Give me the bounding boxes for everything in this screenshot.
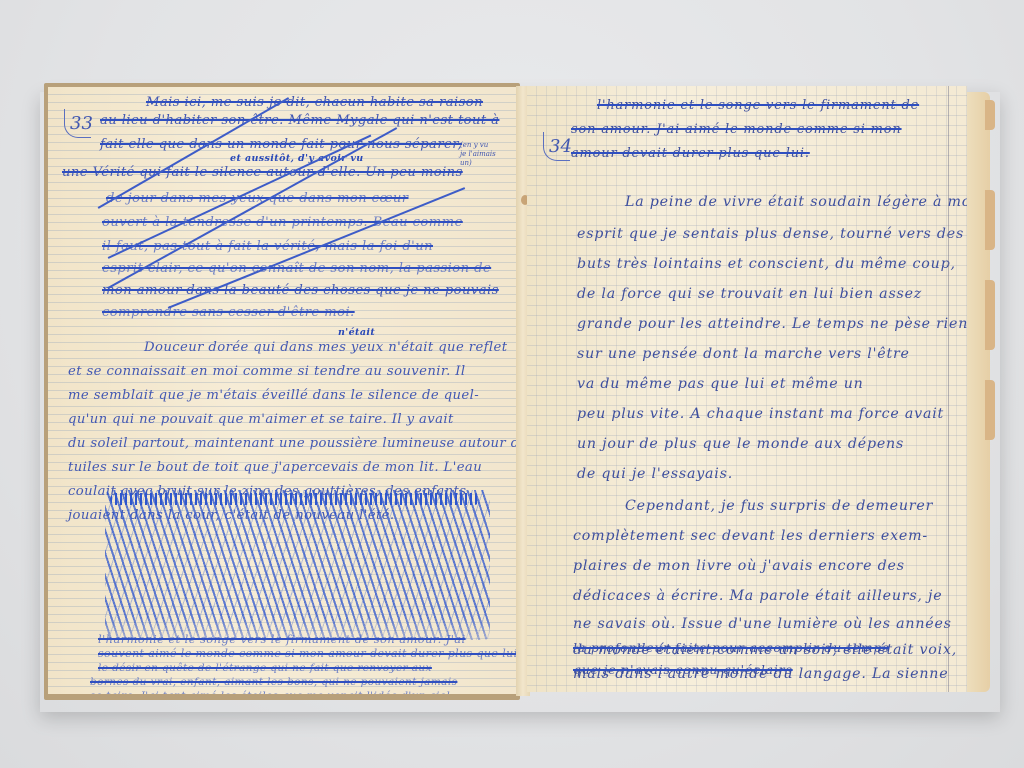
text-line: grande pour les atteindre. Le temps ne p… xyxy=(577,316,967,332)
crossed-line: comprendre sans cesser d'être moi. xyxy=(102,305,355,320)
text-line: de la force qui se trouvait en lui bien … xyxy=(577,286,922,302)
text-line: sur une pensée dont la marche vers l'êtr… xyxy=(577,346,910,362)
text-line: plaires de mon livre où j'avais encore d… xyxy=(573,558,905,574)
text-line: Douceur dorée qui dans mes yeux n'était … xyxy=(144,340,507,355)
crossed-line: mon amour dans la beauté des choses que … xyxy=(102,283,499,298)
crossed-line: Mais ici, me suis-je dit, chacun habite … xyxy=(146,95,483,110)
crossed-line: que je n'avais connu qu'éclairs xyxy=(573,662,793,677)
crossed-line: esprit clair, ce qu'on connaît de son no… xyxy=(102,261,491,276)
crossed-line: se taire. J'ai tant aimé les étoiles que… xyxy=(90,690,450,694)
crossed-line: souvent aimé le monde comme si mon amour… xyxy=(98,647,518,660)
crossed-line: amour devait durer plus que lui. xyxy=(571,146,810,161)
text-line: un jour de plus que le monde aux dépens xyxy=(577,436,904,452)
text-line: tuiles sur le bout de toit que j'apercev… xyxy=(68,460,482,475)
right-page: 34 l'harmonie et le songe vers le firmam… xyxy=(527,86,967,692)
text-line: me semblait que je m'étais éveillé dans … xyxy=(68,388,479,403)
crossed-line: la profondeur faite pour accomplir du te… xyxy=(573,640,889,655)
worn-edge xyxy=(985,100,995,130)
text-line: peu plus vite. A chaque instant ma force… xyxy=(577,406,944,422)
text-line: esprit que je sentais plus dense, tourné… xyxy=(577,226,964,242)
page-number-left: 33 xyxy=(70,113,93,134)
text-line: du soleil partout, maintenant une poussi… xyxy=(68,436,518,451)
text-line: La peine de vivre était soudain légère à… xyxy=(625,194,967,210)
insertion: et aussitôt, d'y avoir vu xyxy=(230,153,364,164)
crossed-line: bornes du vrai, enfant, aimant les bons,… xyxy=(90,676,457,688)
insertion: n'était xyxy=(338,327,375,338)
crossed-line: ouvert à la tendresse d'un printemps. Be… xyxy=(102,215,463,230)
scribbled-out-line xyxy=(110,493,480,505)
crossed-line: au lieu d'habiter son être. Même Mygale … xyxy=(100,113,499,128)
text-line: qu'un qui ne pouvait que m'aimer et se t… xyxy=(68,412,454,427)
margin-note: (en y vu je l'aimais un) xyxy=(460,141,496,168)
margin-rule xyxy=(948,86,949,692)
crossed-line: fait elle que dans un monde fait pour no… xyxy=(100,137,462,152)
text-line: Cependant, je fus surpris de demeurer xyxy=(625,498,933,514)
worn-edge xyxy=(985,380,995,440)
crossed-line: son amour. J'ai aimé le monde comme si m… xyxy=(571,122,902,137)
text-line: va du même pas que lui et même un xyxy=(577,376,864,392)
worn-edge xyxy=(985,280,995,350)
text-line: et se connaissait en moi comme si tendre… xyxy=(68,364,466,379)
scribbled-out-passage xyxy=(105,490,490,640)
text-line: de qui je l'essayais. xyxy=(577,466,733,482)
worn-edge xyxy=(985,190,995,250)
text-line: buts très lointains et conscient, du mêm… xyxy=(577,256,956,272)
crossed-line: une Vérité qui fait le silence autour d'… xyxy=(62,165,463,180)
crossed-line: il faut, pas tout à fait la vérité, mais… xyxy=(102,239,433,254)
page-number-right: 34 xyxy=(549,136,572,157)
crossed-line: le désir en quête de l'étrange qui ne fa… xyxy=(98,662,432,674)
crossed-line: l'harmonie et le songe vers le firmament… xyxy=(597,98,919,113)
text-line: dédicaces à écrire. Ma parole était aill… xyxy=(573,588,942,604)
text-line: complètement sec devant les derniers exe… xyxy=(573,528,928,544)
text-line: ne savais où. Issue d'une lumière où les… xyxy=(573,616,952,632)
